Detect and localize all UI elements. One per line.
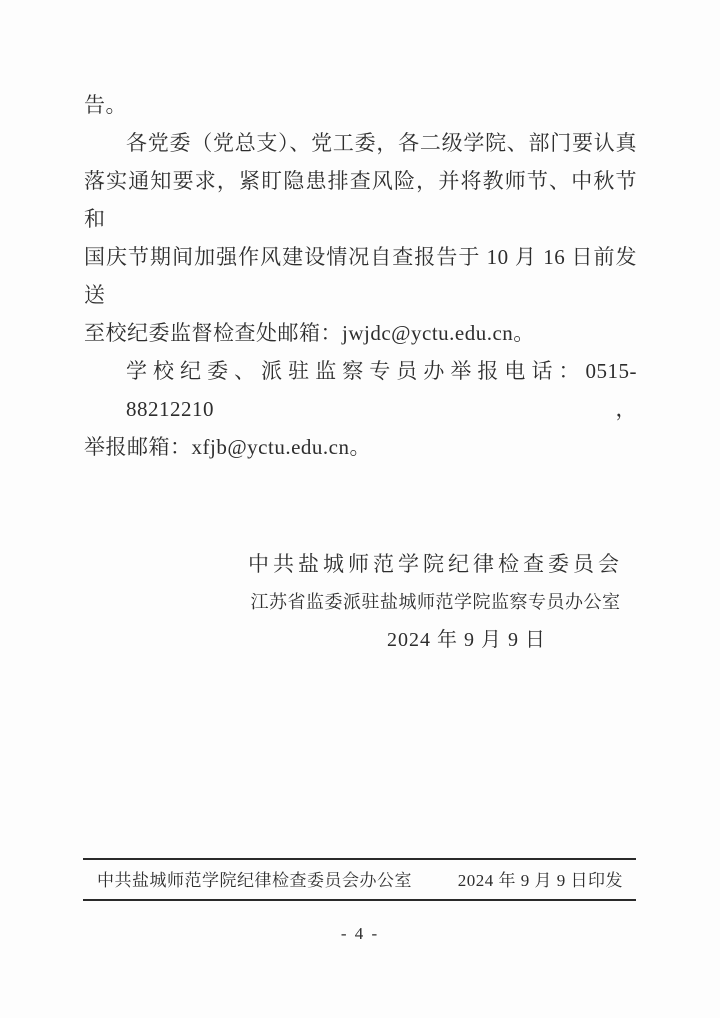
document-page: 告。 各党委（党总支）、党工委，各二级学院、部门要认真 落实通知要求，紧盯隐患排… xyxy=(0,0,720,1018)
signature-block: 中共盐城师范学院纪律检查委员会 江苏省监委派驻盐城师范学院监察专员办公室 202… xyxy=(84,545,637,659)
body-line-report-email: 举报邮箱：xfjb@yctu.edu.cn。 xyxy=(84,428,637,466)
paragraph-continuation-line: 告。 xyxy=(84,86,637,124)
footer-issuer: 中共盐城师范学院纪律检查委员会办公室 xyxy=(97,866,412,891)
body-line: 各党委（党总支）、党工委，各二级学院、部门要认真 xyxy=(84,124,637,162)
signature-date: 2024 年 9 月 9 日 xyxy=(84,621,637,659)
signature-org-line1: 中共盐城师范学院纪律检查委员会 xyxy=(84,545,637,583)
signature-org-line2: 江苏省监委派驻盐城师范学院监察专员办公室 xyxy=(84,583,637,621)
body-line: 国庆节期间加强作风建设情况自查报告于 10 月 16 日前发送 xyxy=(84,238,637,314)
footer-imprint-row: 中共盐城师范学院纪律检查委员会办公室 2024 年 9 月 9 日印发 xyxy=(97,866,623,891)
page-number: - 4 - xyxy=(0,924,720,944)
footer-top-rule xyxy=(83,858,636,860)
body-line-phone: 学校纪委、派驻监察专员办举报电话：0515-88212210， xyxy=(84,352,637,428)
footer-print-date: 2024 年 9 月 9 日印发 xyxy=(458,866,623,891)
footer-bottom-rule xyxy=(83,899,636,901)
body-line-email: 至校纪委监督检查处邮箱：jwjdc@yctu.edu.cn。 xyxy=(84,314,637,352)
body-line: 落实通知要求，紧盯隐患排查风险，并将教师节、中秋节和 xyxy=(84,162,637,238)
body-text: 告。 各党委（党总支）、党工委，各二级学院、部门要认真 落实通知要求，紧盯隐患排… xyxy=(84,86,637,466)
